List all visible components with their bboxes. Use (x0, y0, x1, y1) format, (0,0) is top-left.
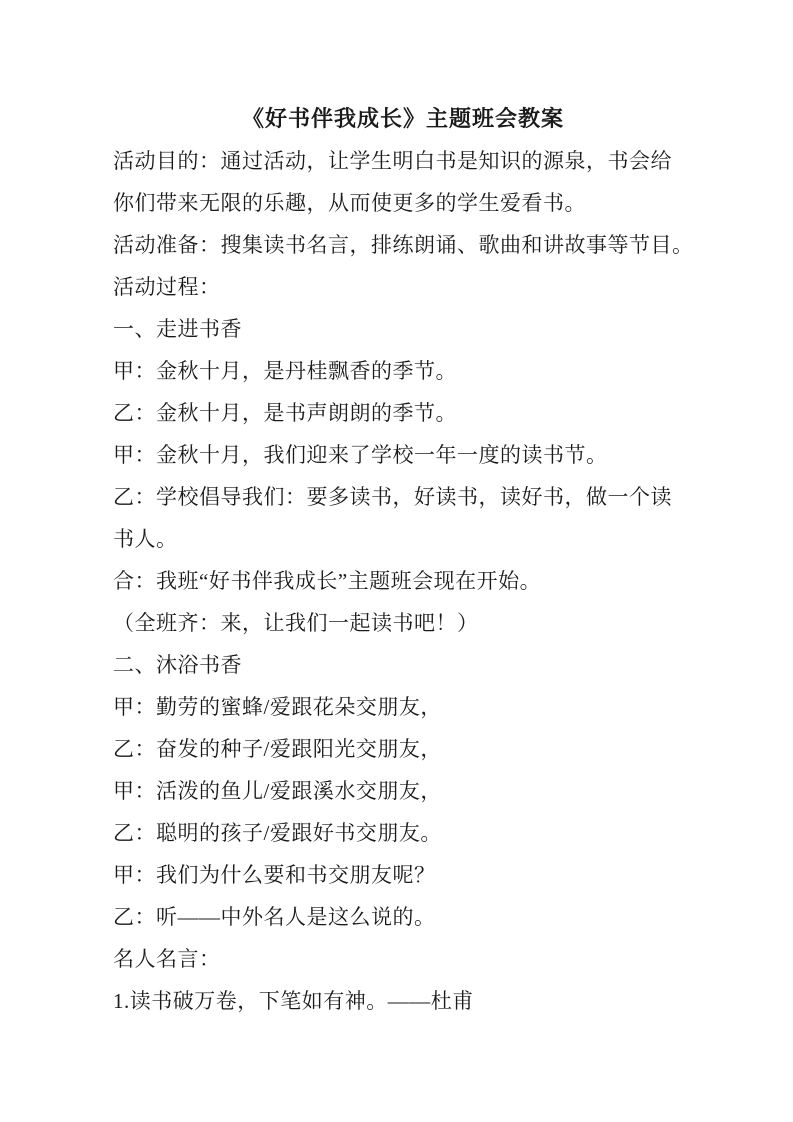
text-line: 活动过程： (113, 266, 693, 308)
text-line: 活动准备：搜集读书名言，排练朗诵、歌曲和讲故事等节目。 (113, 224, 693, 266)
text-line: 乙：学校倡导我们：要多读书，好读书，读好书，做一个读 (113, 476, 693, 518)
text-line: 乙：听——中外名人是这么说的。 (113, 896, 693, 938)
text-line: 甲：勤劳的蜜蜂/爱跟花朵交朋友， (113, 686, 693, 728)
text-line: 书人。 (113, 518, 693, 560)
document-body: 活动目的：通过活动，让学生明白书是知识的源泉，书会给 你们带来无限的乐趣，从而使… (113, 140, 693, 1022)
text-line: 活动目的：通过活动，让学生明白书是知识的源泉，书会给 (113, 140, 693, 182)
text-line: （全班齐：来，让我们一起读书吧！） (113, 602, 693, 644)
text-line: 甲：金秋十月，是丹桂飘香的季节。 (113, 350, 693, 392)
text-line: 甲：我们为什么要和书交朋友呢？ (113, 854, 693, 896)
text-line: 一、走进书香 (113, 308, 693, 350)
text-line: 你们带来无限的乐趣，从而使更多的学生爱看书。 (113, 182, 693, 224)
text-line: 名人名言： (113, 938, 693, 980)
text-line: 乙：金秋十月，是书声朗朗的季节。 (113, 392, 693, 434)
document-page: 《好书伴我成长》主题班会教案 活动目的：通过活动，让学生明白书是知识的源泉，书会… (0, 0, 793, 1122)
text-line: 甲：金秋十月，我们迎来了学校一年一度的读书节。 (113, 434, 693, 476)
text-line: 乙：聪明的孩子/爱跟好书交朋友。 (113, 812, 693, 854)
text-line: 1.读书破万卷，下笔如有神。——杜甫 (113, 980, 693, 1022)
page-title: 《好书伴我成长》主题班会教案 (113, 98, 693, 140)
text-line: 二、沐浴书香 (113, 644, 693, 686)
text-line: 甲：活泼的鱼儿/爱跟溪水交朋友， (113, 770, 693, 812)
text-line: 乙：奋发的种子/爱跟阳光交朋友， (113, 728, 693, 770)
text-line: 合：我班“好书伴我成长”主题班会现在开始。 (113, 560, 693, 602)
